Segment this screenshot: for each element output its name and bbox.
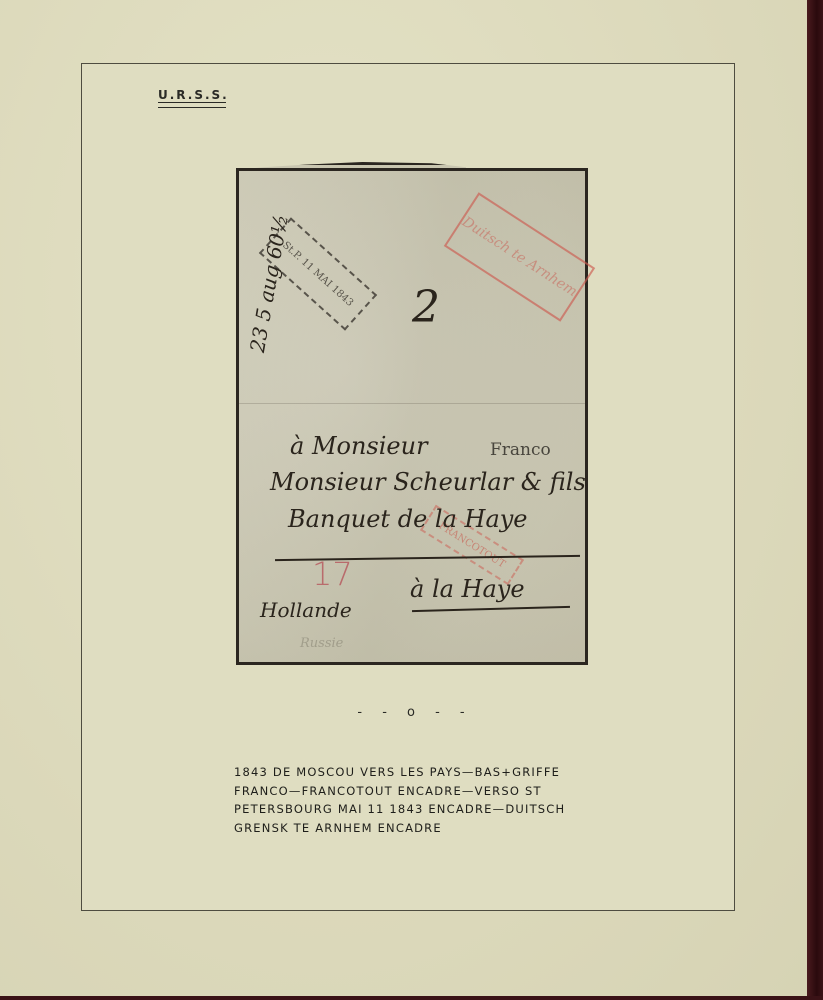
heading-double-underline	[158, 102, 226, 108]
frame-edge-bottom	[0, 996, 823, 1000]
address-city: à la Haye	[410, 575, 525, 603]
address-line-1: à Monsieur	[290, 432, 428, 460]
rate-mark: 2	[412, 282, 440, 333]
address-line-2: Monsieur Scheurlar & fils	[270, 468, 586, 496]
franco-handstamp: Franco	[490, 440, 551, 460]
cover-description: 1843 DE MOSCOU VERS LES PAYS—BAS+GRIFFE …	[234, 763, 614, 837]
red-manuscript-mark: 17	[312, 555, 353, 593]
caption-line: GRENSK TE ARNHEM ENCADRE	[234, 819, 614, 838]
destination-country: Hollande	[260, 598, 352, 622]
cover-fold-line	[239, 403, 585, 404]
address-line-3: Banquet de la Haye	[288, 505, 528, 533]
frame-edge-right	[807, 0, 823, 1000]
section-separator: - - o - -	[350, 705, 480, 720]
caption-line: PETERSBOURG MAI 11 1843 ENCADRE—DUITSCH	[234, 800, 614, 819]
caption-line: FRANCO—FRANCOTOUT ENCADRE—VERSO ST	[234, 782, 614, 801]
country-heading: U.R.S.S.	[158, 88, 229, 102]
faint-pencil-note: Russie	[300, 636, 343, 651]
caption-line: 1843 DE MOSCOU VERS LES PAYS—BAS+GRIFFE	[234, 763, 614, 782]
